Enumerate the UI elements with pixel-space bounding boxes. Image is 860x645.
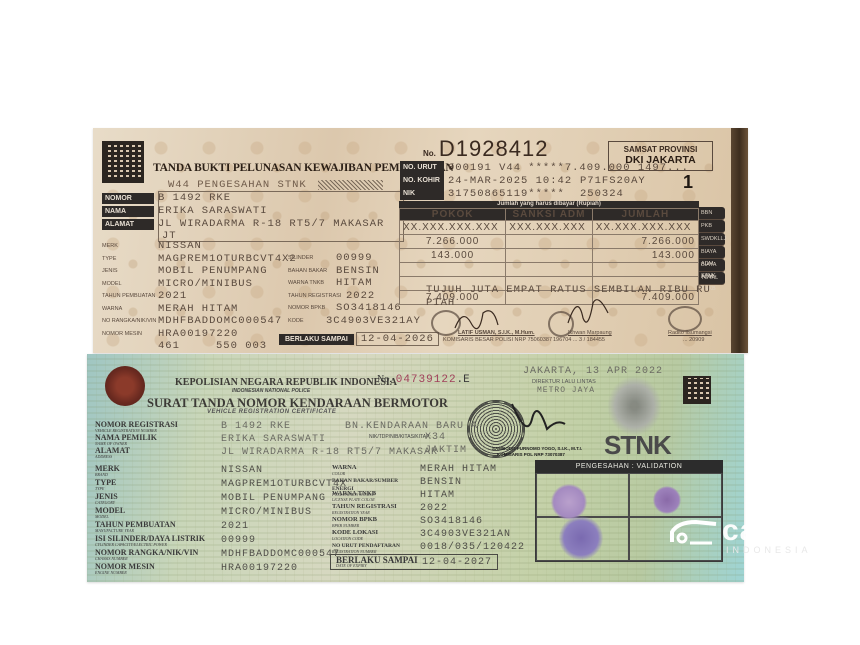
field-label: MERKBRAND bbox=[95, 465, 213, 479]
field-label: NIK bbox=[400, 187, 444, 200]
registration-number-value: B 1492 RKE bbox=[221, 421, 291, 434]
certificate-number: No. 04739122 .E bbox=[377, 374, 470, 386]
color-value: MERAH HITAM bbox=[158, 303, 238, 315]
label-en: CATEGORY bbox=[95, 501, 213, 505]
expiry-date: 12-04-2026 bbox=[356, 332, 439, 346]
color-value: MERAH HITAM bbox=[420, 464, 497, 477]
field-label: KODE bbox=[288, 318, 326, 324]
register-rows: NO. URUT 000191 V44 *****7.409.000 1497.… bbox=[400, 161, 689, 200]
field-label: TAHUN PEMBUATANMANUFACTURE YEAR bbox=[95, 521, 213, 535]
bpkb-number-value: SO3418146 bbox=[336, 302, 402, 314]
label-en: MANUFACTURE YEAR bbox=[95, 529, 213, 533]
signature-icon bbox=[453, 303, 503, 333]
model-value: MICRO/MINIBUS bbox=[158, 278, 253, 290]
cell bbox=[400, 263, 506, 277]
field-label: TAHUN REGISTRASI bbox=[288, 293, 336, 299]
cert-no-value: 04739122 bbox=[396, 374, 457, 386]
stnk-expiry: BERLAKU SAMPAIDATE OF EXPIRY 12-04-2027 bbox=[330, 554, 498, 570]
hologram-emblem-icon bbox=[607, 376, 662, 436]
kohir-datetime: 24-MAR-2025 10:42 bbox=[448, 175, 580, 187]
category-value: MOBIL PENUMPANG bbox=[221, 493, 326, 507]
nik-value: 31750865119***** bbox=[448, 188, 580, 200]
brand-value: NISSAN bbox=[158, 240, 202, 252]
receipt-subtitle: W44 PENGESAHAN STNK bbox=[168, 179, 307, 191]
field-label: TYPETYPE bbox=[95, 479, 213, 493]
side-tab: SWDKLLJ bbox=[699, 233, 725, 246]
cell: 143.000 bbox=[592, 249, 698, 263]
doc-no-value: D1928412 bbox=[439, 136, 549, 162]
field-label: TYPE bbox=[102, 256, 158, 262]
cell: XX.XXX.XXX.XXX bbox=[592, 221, 698, 235]
field-label: ALAMATADDRESS bbox=[95, 447, 213, 460]
model-value: MICRO/MINIBUS bbox=[221, 507, 312, 521]
cell bbox=[506, 249, 592, 263]
field-label: ALAMAT bbox=[102, 219, 154, 230]
issuer-rank: KOMISARIS POL NRP 73070387 bbox=[497, 452, 565, 457]
type-value: MAGPREM1OTURBCVT4X bbox=[221, 479, 347, 493]
validation-stamp-icon bbox=[559, 516, 603, 560]
doc-no-prefix: No. bbox=[423, 149, 436, 158]
location-code-value: 3C4903VE321AN bbox=[420, 529, 511, 542]
qr-code-icon bbox=[102, 141, 144, 183]
label-id: NOMOR BPKB bbox=[332, 516, 377, 523]
issuer-position: DIREKTUR LALU LINTAS bbox=[532, 379, 596, 385]
stnk-right-fields: WARNACOLORMERAH HITAM BAHAN BAKAR/SUMBER… bbox=[332, 464, 525, 555]
field-label: MERK bbox=[102, 243, 158, 249]
receipt-torn-edge bbox=[731, 128, 748, 353]
field-label: NAMA PEMILIK bbox=[102, 206, 154, 217]
manufacture-year-value: 2021 bbox=[221, 521, 249, 535]
footer-code-b: 550 003 bbox=[216, 340, 267, 352]
nik-label: NIK/TDP/NIB/KITAS/KITAP: bbox=[369, 434, 431, 440]
side-tab: BBN bbox=[699, 207, 725, 220]
field-label: NOMOR RANGKA/NIK/VINCHASSIS NUMBER bbox=[95, 549, 213, 563]
validation-stamp-icon bbox=[551, 484, 587, 520]
field-label: BAHAN BAKAR bbox=[288, 268, 336, 274]
category-value: MOBIL PENUMPANG bbox=[158, 265, 268, 277]
signatory-name: Radito Ilsumangsi bbox=[668, 330, 712, 336]
field-label: WARNA bbox=[102, 306, 158, 312]
table-row: 7.266.000 7.266.000 bbox=[400, 235, 699, 249]
field-label: WARNA TNKBLICENSE PLATE COLOR bbox=[332, 490, 414, 503]
field-label: JENISCATEGORY bbox=[95, 493, 213, 507]
side-tab: BIAYA ADM STNK bbox=[699, 246, 725, 259]
signature-icon bbox=[507, 399, 567, 444]
police-emblem-icon bbox=[105, 366, 145, 406]
table-row: XX.XXX.XXX.XXX XXX.XXX.XXX XX.XXX.XXX.XX… bbox=[400, 221, 699, 235]
signatory-name: Ikhwan Marpaung bbox=[568, 330, 612, 336]
label-en: MODEL bbox=[95, 515, 213, 519]
col-header-principal: POKOK bbox=[400, 209, 506, 221]
label-en: TYPE bbox=[95, 487, 213, 491]
manufacture-year-value: 2021 bbox=[158, 290, 187, 302]
cell bbox=[506, 235, 592, 249]
label-en: LOCATION CODE bbox=[332, 537, 414, 541]
vehicle-details-left: MERKNISSAN TYPEMAGPREM1OTURBCVT4X2 JENIS… bbox=[102, 240, 297, 353]
cell bbox=[506, 263, 592, 277]
label-en: LICENSE PLATE COLOR bbox=[332, 498, 414, 502]
label-id: KODE LOKASI bbox=[332, 529, 378, 536]
cert-no-label: No. bbox=[377, 374, 392, 385]
signatory-name: LATIF USMAN, S.I.K., M.Hum. bbox=[458, 330, 535, 336]
bpkb-number-value: SO3418146 bbox=[420, 516, 483, 529]
field-label: TAHUN REGISTRASIREGISTRATION YEAR bbox=[332, 503, 414, 516]
cell: XXX.XXX.XXX bbox=[506, 221, 592, 235]
field-label: BAHAN BAKAR/SUMBER ENERGIFUEL/ENERGY SOU… bbox=[332, 477, 414, 490]
brand-value: NISSAN bbox=[221, 465, 263, 479]
signatory-id: ... 20909 bbox=[683, 337, 704, 343]
owner-box-frame bbox=[158, 191, 404, 242]
label-id: WARNA TNKB bbox=[332, 490, 376, 497]
cylinder-value: 00999 bbox=[221, 535, 256, 549]
label-id: WARNA bbox=[332, 464, 357, 471]
field-label: NOMOR POLISI bbox=[102, 193, 154, 204]
payment-side-tabs: BBN PKB SWDKLLJ BIAYA ADM STNK BIAYA ADM… bbox=[699, 207, 725, 285]
plate-color-value: HITAM bbox=[336, 277, 373, 289]
stnk-logo: STNK bbox=[604, 430, 671, 461]
address-tail: JAKTIM bbox=[425, 445, 467, 456]
label-en: BPKB NUMBER bbox=[332, 524, 414, 528]
field-label: WARNACOLOR bbox=[332, 464, 414, 477]
field-label: NOMOR BPKBBPKB NUMBER bbox=[332, 516, 414, 529]
cell: 143.000 bbox=[400, 249, 506, 263]
table-row: 143.000 143.000 bbox=[400, 249, 699, 263]
label-en: CYLINDER CAPACITY/ELECTRIC POWER bbox=[95, 543, 213, 547]
signature-icon bbox=[563, 293, 613, 333]
label-en: ENGINE NUMBER bbox=[95, 571, 213, 575]
side-tab: BIAYA ADM TNKB bbox=[699, 259, 725, 272]
field-label: SILINDER bbox=[288, 255, 336, 261]
nik-extra: 250324 bbox=[580, 188, 624, 200]
kohir-code: P71FS20AY bbox=[580, 175, 646, 187]
issuer-header-en: INDONESIAN NATIONAL POLICE bbox=[232, 388, 310, 394]
expiry-label: BERLAKU SAMPAIDATE OF EXPIRY bbox=[336, 556, 418, 568]
fuel-value: BENSIN bbox=[420, 477, 462, 490]
carmudi-watermark: carmudi INDONESIA bbox=[668, 514, 846, 555]
receipt-expiry: BERLAKU SAMPAI 12-04-2026 bbox=[279, 332, 439, 346]
registration-year-value: 2022 bbox=[346, 290, 375, 302]
field-label: NOMOR MESINENGINE NUMBER bbox=[95, 563, 213, 577]
watermark-brand: carmudi bbox=[722, 514, 846, 548]
footer-code-a: 461 bbox=[158, 340, 216, 352]
field-label: MODEL bbox=[102, 281, 158, 287]
registration-year-value: 2022 bbox=[420, 503, 448, 516]
plate-color-value: HITAM bbox=[420, 490, 455, 503]
nik-value: X34 bbox=[425, 432, 446, 443]
issuer-name: SAMBODO PURNOMO YOGO, S.I.K., M.T.I. bbox=[492, 446, 582, 451]
cell: 7.266.000 bbox=[592, 235, 698, 249]
cert-no-suffix: .E bbox=[457, 374, 470, 386]
code-value: 3C4903VE321AY bbox=[326, 315, 421, 327]
label-en: ADDRESS bbox=[95, 455, 213, 459]
field-label: NOMOR MESIN bbox=[102, 331, 158, 337]
label-id: TAHUN REGISTRASI bbox=[332, 503, 397, 510]
expiry-label: BERLAKU SAMPAI bbox=[279, 334, 354, 345]
label-en: COLOR bbox=[332, 472, 414, 476]
field-label: NOMOR BPKB bbox=[288, 305, 336, 311]
document-number: No. D1928412 bbox=[423, 136, 548, 162]
stnk-vehicle-fields: MERKBRANDNISSAN TYPETYPEMAGPREM1OTURBCVT… bbox=[95, 465, 347, 577]
certificate-title-en: VEHICLE REGISTRATION CERTIFICATE bbox=[207, 409, 336, 415]
validation-header: PENGESAHAN : VALIDATION bbox=[535, 460, 723, 473]
vehicle-status: BN.KENDARAAN BARU A bbox=[345, 421, 478, 432]
issuer-region: METRO JAYA bbox=[537, 386, 595, 395]
field-label: KODE LOKASILOCATION CODE bbox=[332, 529, 414, 542]
sequence-number: 000191 V44 *****7.409.000 1497... bbox=[448, 162, 689, 174]
cell bbox=[592, 263, 698, 277]
samsat-line1: SAMSAT PROVINSI bbox=[609, 145, 712, 154]
field-label: WARNA TNKB bbox=[288, 280, 336, 286]
payment-receipt-document: TANDA BUKTI PELUNASAN KEWAJIBAN PEMBAYAR… bbox=[93, 128, 748, 353]
qr-code-icon bbox=[683, 376, 711, 404]
field-label: ISI SILINDER/DAYA LISTRIKCYLINDER CAPACI… bbox=[95, 535, 213, 549]
field-label: TAHUN PEMBUATAN bbox=[102, 293, 158, 299]
cylinder-value: 00999 bbox=[336, 252, 373, 264]
payment-caption: Jumlah yang harus dibayar (Rupiah) bbox=[399, 201, 699, 208]
issuer-header: KEPOLISIAN NEGARA REPUBLIK INDONESIA bbox=[175, 377, 397, 388]
vehicle-registration-certificate: KEPOLISIAN NEGARA REPUBLIK INDONESIA IND… bbox=[87, 354, 744, 582]
field-label: MODELMODEL bbox=[95, 507, 213, 521]
owner-address-value: JL WIRADARMA R-18 RT5/7 MAKASAR bbox=[221, 447, 438, 460]
field-label: NO RANGKA/NIK/VIN bbox=[102, 318, 158, 324]
col-header-total: JUMLAH bbox=[592, 209, 698, 221]
chassis-number-value: MDHFBADDOMC000547 bbox=[221, 549, 340, 563]
label-en: CHASSIS NUMBER bbox=[95, 557, 213, 561]
cell: 7.266.000 bbox=[400, 235, 506, 249]
label-en: BRAND bbox=[95, 473, 213, 477]
field-label: JENIS bbox=[102, 268, 158, 274]
label-en: REGISTRATION YEAR bbox=[332, 511, 414, 515]
engine-number-value: HRA00197220 bbox=[158, 328, 238, 340]
car-logo-icon bbox=[668, 516, 722, 546]
owner-name-value: ERIKA SARASWATI bbox=[221, 434, 326, 447]
type-value: MAGPREM1OTURBCVT4X2 bbox=[158, 253, 297, 265]
table-row bbox=[400, 263, 699, 277]
chassis-number-value: MDHFBADDOMC000547 bbox=[158, 315, 282, 327]
fuel-value: BENSIN bbox=[336, 265, 380, 277]
validation-stamp-icon bbox=[653, 486, 681, 514]
signatory-id: KOMISARIS BESAR POLISI NRP 75060387 bbox=[443, 337, 552, 343]
field-label: NO. URUT bbox=[400, 161, 444, 174]
signatory-id: 196704 ... 3 / 184455 bbox=[553, 337, 605, 343]
cell: XX.XXX.XXX.XXX bbox=[400, 221, 506, 235]
official-seal-icon bbox=[668, 306, 702, 332]
barcode-strip bbox=[318, 180, 383, 190]
engine-number-value: HRA00197220 bbox=[221, 563, 298, 577]
field-label: NO. KOHIR bbox=[400, 174, 444, 187]
expiry-date: 12-04-2027 bbox=[422, 557, 492, 568]
col-header-admin-penalty: SANKSI ADM bbox=[506, 209, 592, 221]
side-tab: PKB bbox=[699, 220, 725, 233]
